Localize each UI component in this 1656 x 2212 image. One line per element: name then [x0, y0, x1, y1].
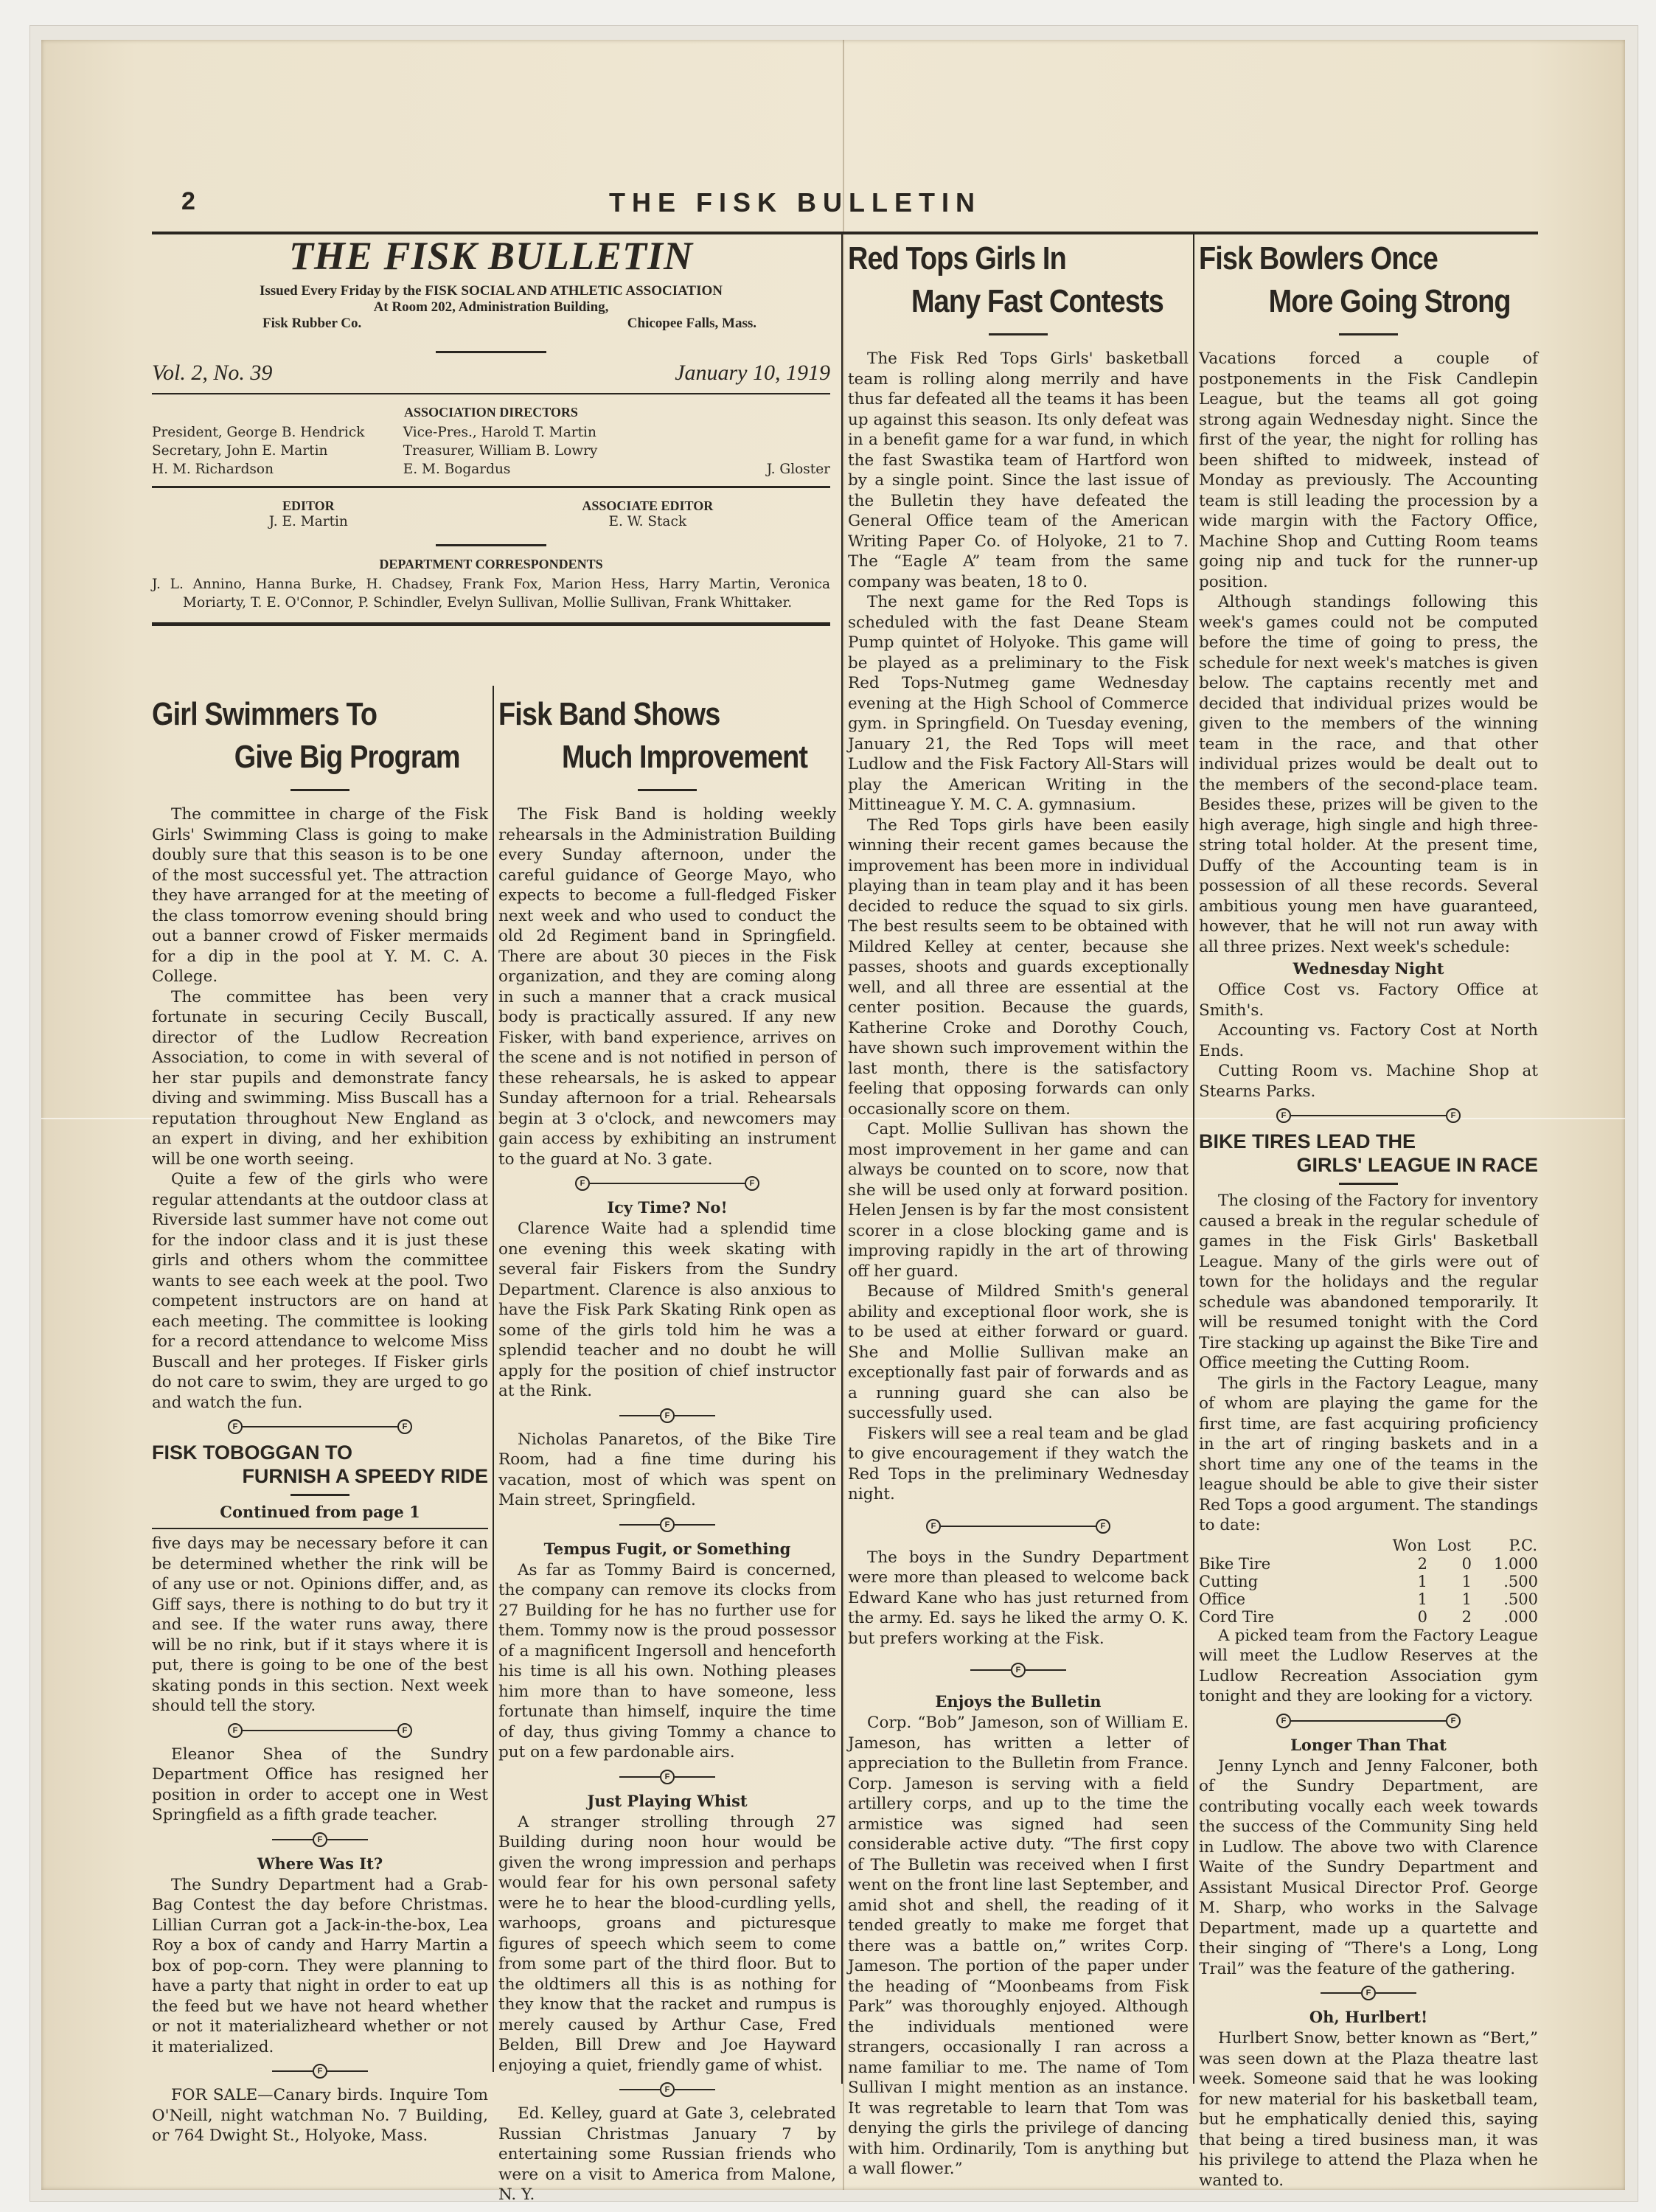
paragraph: Capt. Mollie Sullivan has shown the most… — [848, 1119, 1189, 1281]
fisk-f-icon: F — [575, 1176, 590, 1191]
article-headline: BIKE TIRES LEAD THE GIRLS' LEAGUE IN RAC… — [1199, 1130, 1538, 1177]
article-subhead: Tempus Fugit, or Something — [498, 1539, 836, 1559]
correspondents-title: DEPARTMENT CORRESPONDENTS — [152, 557, 830, 572]
ff-separator: F — [848, 1662, 1189, 1678]
headline-line: More Going Strong — [1199, 280, 1491, 323]
fisk-f-icon: F — [660, 1517, 675, 1532]
paragraph: The girls in the Factory League, many of… — [1199, 1374, 1538, 1536]
paragraph: Ed. Kelley, guard at Gate 3, celebrated … — [498, 2104, 836, 2205]
ff-separator: F — [152, 1832, 488, 1848]
ff-separator: F — [498, 1769, 836, 1785]
masthead-title: THE FISK BULLETIN — [152, 233, 830, 279]
ff-separator: F — [498, 1408, 836, 1424]
paragraph: Quite a few of the girls who were regula… — [152, 1169, 488, 1413]
headline-line: Fisk Bowlers Once — [1199, 240, 1438, 276]
article-headline: Fisk Band Shows Much Improvement — [498, 693, 789, 779]
standings-table: Won Lost P.C. Bike Tire 2 0 1.000 Cuttin… — [1199, 1536, 1538, 1626]
director: President, George B. Hendrick — [152, 423, 403, 442]
correspondents-list: J. L. Annino, Hanna Burke, H. Chadsey, F… — [152, 575, 830, 612]
column-3: Red Tops Girls In Many Fast Contests The… — [848, 237, 1189, 2180]
article-subhead: Enjoys the Bulletin — [848, 1691, 1189, 1711]
assoc-editor-label: ASSOCIATE EDITOR — [582, 498, 713, 514]
percentage: 1.000 — [1472, 1555, 1538, 1573]
column-rule — [841, 233, 843, 2084]
paragraph: Although standings following this week's… — [1199, 592, 1538, 957]
running-head-title: THE FISK BULLETIN — [609, 187, 981, 218]
headline-line: FURNISH A SPEEDY RIDE — [152, 1464, 488, 1488]
article-headline: Fisk Bowlers Once More Going Strong — [1199, 237, 1491, 323]
schedule-item: Office Cost vs. Factory Office at Smith'… — [1199, 980, 1538, 1020]
schedule-item: Accounting vs. Factory Cost at North End… — [1199, 1020, 1538, 1061]
rule — [291, 789, 349, 791]
percentage: .000 — [1472, 1608, 1538, 1626]
rule — [152, 486, 830, 488]
fisk-f-icon: F — [660, 2082, 675, 2097]
ff-separator: F — [152, 2063, 488, 2079]
paragraph: The boys in the Sundry Department were m… — [848, 1548, 1189, 1649]
ff-separator: FF — [498, 1175, 836, 1192]
article-subhead: Just Playing Whist — [498, 1791, 836, 1811]
page-number: 2 — [181, 187, 195, 216]
rule — [291, 1494, 349, 1496]
fisk-f-icon: F — [926, 1519, 941, 1534]
column-rule — [493, 686, 494, 2072]
address-line: At Room 202, Administration Building, — [152, 299, 830, 316]
director — [654, 423, 830, 442]
team-name: Cord Tire — [1199, 1608, 1383, 1626]
article-subhead: Oh, Hurlbert! — [1199, 2007, 1538, 2027]
paragraph: Nicholas Panaretos, of the Bike Tire Roo… — [498, 1430, 836, 1511]
director: H. M. Richardson — [152, 460, 403, 479]
column-rule — [1193, 233, 1194, 2084]
classified-ad: FOR SALE—Canary birds. Inquire Tom O'Nei… — [152, 2085, 488, 2146]
assoc-editor-block: ASSOCIATE EDITOR E. W. Stack — [582, 498, 713, 529]
volume-number: Vol. 2, No. 39 — [152, 361, 272, 386]
paragraph: The closing of the Factory for inventory… — [1199, 1191, 1538, 1374]
headline-line: Many Fast Contests — [848, 280, 1141, 323]
masthead: THE FISK BULLETIN Issued Every Friday by… — [152, 233, 830, 626]
article-subhead: Where Was It? — [152, 1854, 488, 1874]
team-name: Cutting — [1199, 1573, 1383, 1590]
table-row: Bike Tire 2 0 1.000 — [1199, 1555, 1538, 1573]
fisk-f-icon: F — [1361, 1986, 1376, 2000]
ff-separator: F — [1199, 1985, 1538, 2001]
won: 2 — [1383, 1555, 1427, 1573]
lost: 0 — [1427, 1555, 1472, 1573]
fisk-f-icon: F — [313, 2064, 327, 2079]
paragraph: The next game for the Red Tops is schedu… — [848, 592, 1189, 815]
fisk-f-icon: F — [1276, 1714, 1291, 1728]
column-header: P.C. — [1472, 1536, 1538, 1555]
lost: 2 — [1427, 1608, 1472, 1626]
paragraph: Vacations forced a couple of postponemen… — [1199, 349, 1538, 592]
paragraph: The Sundry Department had a Grab-Bag Con… — [152, 1875, 488, 2058]
table-row: Office 1 1 .500 — [1199, 1590, 1538, 1608]
continued-note: Continued from page 1 — [152, 1502, 488, 1522]
director: Vice-Pres., Harold T. Martin — [403, 423, 655, 442]
issued-line: Issued Every Friday by the FISK SOCIAL A… — [152, 283, 830, 299]
column-2: Fisk Band Shows Much Improvement The Fis… — [498, 693, 836, 2205]
paragraph: Corp. “Bob” Jameson, son of William E. J… — [848, 1713, 1189, 2180]
headline-line: Give Big Program — [152, 736, 441, 779]
schedule-heading: Wednesday Night — [1199, 959, 1538, 978]
percentage: .500 — [1472, 1590, 1538, 1608]
director: E. M. Bogardus — [403, 460, 655, 479]
director: J. Gloster — [654, 460, 830, 479]
fisk-f-icon: F — [745, 1176, 759, 1191]
ff-separator: FF — [152, 1419, 488, 1435]
headline-line: Fisk Band Shows — [498, 696, 720, 732]
article-headline: Red Tops Girls In Many Fast Contests — [848, 237, 1141, 323]
table-row: Cord Tire 0 2 .000 — [1199, 1608, 1538, 1626]
column-1: Girl Swimmers To Give Big Program The co… — [152, 693, 488, 2146]
paragraph: Hurlbert Snow, better known as “Bert,” w… — [1199, 2028, 1538, 2191]
directors-title: ASSOCIATION DIRECTORS — [152, 405, 830, 420]
editor-block: EDITOR J. E. Martin — [269, 498, 348, 529]
ff-separator: FF — [1199, 1713, 1538, 1729]
paragraph: The Red Tops girls have been easily winn… — [848, 815, 1189, 1120]
headline-line: GIRLS' LEAGUE IN RACE — [1199, 1153, 1538, 1177]
fisk-f-icon: F — [313, 1832, 327, 1847]
director: Secretary, John E. Martin — [152, 442, 403, 460]
paragraph: Because of Mildred Smith's general abili… — [848, 1281, 1189, 1424]
director: Treasurer, William B. Lowry — [403, 442, 655, 460]
paragraph: A stranger strolling through 27 Building… — [498, 1812, 836, 2076]
won: 1 — [1383, 1573, 1427, 1590]
team-name: Bike Tire — [1199, 1555, 1383, 1573]
schedule-item: Cutting Room vs. Machine Shop at Stearns… — [1199, 1061, 1538, 1102]
won: 1 — [1383, 1590, 1427, 1608]
masthead-rule — [436, 351, 546, 353]
fisk-f-icon: F — [1446, 1108, 1461, 1123]
headline-line: Much Improvement — [498, 736, 789, 779]
director — [654, 442, 830, 460]
fisk-f-icon: F — [660, 1408, 675, 1423]
editor-label: EDITOR — [269, 498, 348, 514]
paragraph: The Fisk Band is holding weekly rehearsa… — [498, 804, 836, 1169]
fisk-f-icon: F — [1446, 1714, 1461, 1728]
running-head: 2 THE FISK BULLETIN — [152, 184, 1538, 229]
headline-line: Red Tops Girls In — [848, 240, 1066, 276]
rule — [152, 393, 830, 394]
paragraph: A picked team from the Factory League wi… — [1199, 1626, 1538, 1707]
fisk-f-icon: F — [228, 1419, 243, 1434]
headline-line: FISK TOBOGGAN TO — [152, 1441, 488, 1464]
vertical-fold-crease — [843, 40, 844, 2190]
fisk-f-icon: F — [1011, 1663, 1026, 1677]
ff-separator: FF — [848, 1518, 1189, 1534]
percentage: .500 — [1472, 1573, 1538, 1590]
rule — [152, 1528, 488, 1529]
rule — [152, 622, 830, 626]
ff-separator: F — [498, 1517, 836, 1533]
headline-line: BIKE TIRES LEAD THE — [1199, 1130, 1538, 1153]
paragraph: Fiskers will see a real team and be glad… — [848, 1424, 1189, 1505]
paragraph: The Fisk Red Tops Girls' basketball team… — [848, 349, 1189, 592]
paragraph: Clarence Waite had a splendid time one e… — [498, 1219, 836, 1402]
fisk-f-icon: F — [1096, 1519, 1110, 1534]
column-header: Won — [1383, 1536, 1427, 1555]
article-subhead: Icy Time? No! — [498, 1197, 836, 1217]
issue-date: January 10, 1919 — [675, 361, 830, 386]
article-subhead: Longer Than That — [1199, 1735, 1538, 1755]
rule — [638, 789, 697, 791]
table-header-row: Won Lost P.C. — [1199, 1536, 1538, 1555]
article-headline: FISK TOBOGGAN TO FURNISH A SPEEDY RIDE — [152, 1441, 488, 1488]
assoc-editor-name: E. W. Stack — [582, 514, 713, 529]
team-name: Office — [1199, 1590, 1383, 1608]
rule — [989, 333, 1048, 335]
directors-list: President, George B. Hendrick Vice-Pres.… — [152, 423, 830, 479]
paragraph: five days may be necessary before it can… — [152, 1534, 488, 1717]
fisk-f-icon: F — [397, 1723, 412, 1738]
ff-separator: FF — [152, 1722, 488, 1739]
headline-line: Girl Swimmers To — [152, 696, 377, 732]
fisk-f-icon: F — [228, 1723, 243, 1738]
paragraph: Jenny Lynch and Jenny Falconer, both of … — [1199, 1756, 1538, 1980]
table-row: Cutting 1 1 .500 — [1199, 1573, 1538, 1590]
fisk-f-icon: F — [397, 1419, 412, 1434]
column-header: Lost — [1427, 1536, 1472, 1555]
lost: 1 — [1427, 1590, 1472, 1608]
won: 0 — [1383, 1608, 1427, 1626]
ff-separator: F — [498, 2081, 836, 2098]
paragraph: Eleanor Shea of the Sundry Department Of… — [152, 1745, 488, 1826]
lost: 1 — [1427, 1573, 1472, 1590]
rule — [436, 544, 546, 546]
paragraph: The committee in charge of the Fisk Girl… — [152, 804, 488, 987]
fisk-f-icon: F — [660, 1770, 675, 1784]
column-4: Fisk Bowlers Once More Going Strong Vaca… — [1199, 237, 1538, 2191]
rule — [1339, 333, 1398, 335]
fisk-f-icon: F — [1276, 1108, 1291, 1123]
paragraph: The committee has been very fortunate in… — [152, 987, 488, 1170]
company: Fisk Rubber Co. — [262, 316, 361, 332]
ff-separator: FF — [1199, 1107, 1538, 1124]
paragraph: As far as Tommy Baird is concerned, the … — [498, 1560, 836, 1763]
city: Chicopee Falls, Mass. — [627, 316, 756, 332]
article-headline: Girl Swimmers To Give Big Program — [152, 693, 441, 779]
rule — [1339, 1183, 1398, 1185]
editor-name: J. E. Martin — [269, 514, 348, 529]
